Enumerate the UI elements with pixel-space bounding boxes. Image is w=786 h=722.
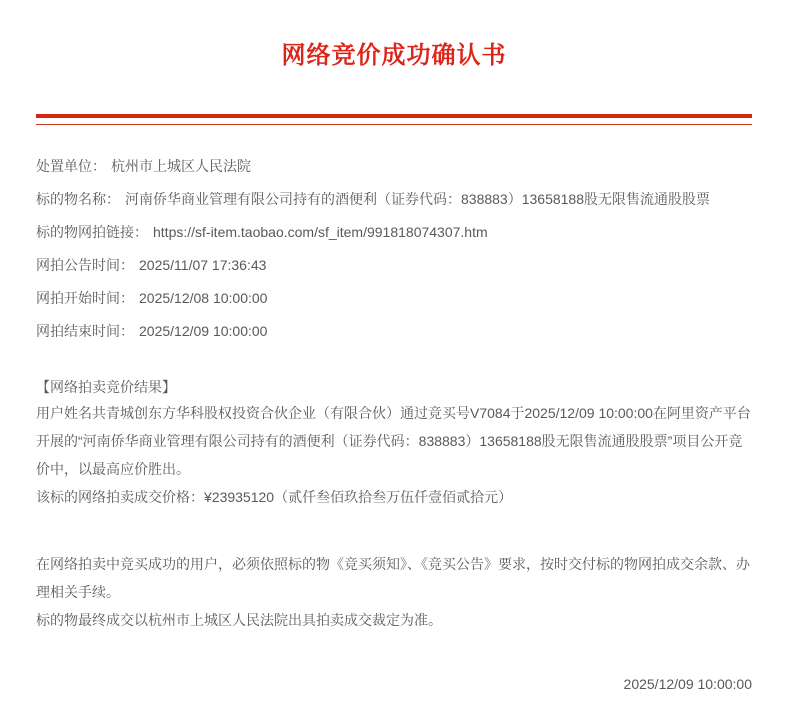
info-value: 2025/11/07 17:36:43 — [139, 257, 266, 273]
info-value: 2025/12/09 10:00:00 — [139, 323, 267, 339]
price-line: 该标的网络拍卖成交价格：¥23935120（贰仟叁佰玖拾叁万伍仟壹佰贰拾元） — [36, 483, 752, 511]
page-title: 网络竞价成功确认书 — [36, 40, 752, 72]
info-label: 网拍公告时间： — [36, 257, 134, 273]
notice-payment: 在网络拍卖中竞买成功的用户，必须依照标的物《竞买须知》、《竞买公告》要求，按时交… — [36, 550, 752, 606]
result-heading: 【网络拍卖竞价结果】 — [36, 377, 752, 397]
info-value: 杭州市上城区人民法院 — [111, 158, 251, 174]
info-line-start-time: 网拍开始时间：2025/12/08 10:00:00 — [36, 288, 752, 308]
result-section: 【网络拍卖竞价结果】 用户姓名共青城创东方华科股权投资合伙企业（有限合伙）通过竞… — [36, 377, 752, 511]
notice-final-ruling: 标的物最终成交以杭州市上城区人民法院出具拍卖成交裁定为准。 — [36, 606, 752, 634]
result-paragraph: 用户姓名共青城创东方华科股权投资合伙企业（有限合伙）通过竞买号V7084于202… — [36, 399, 752, 483]
info-label: 标的物名称： — [36, 191, 120, 207]
notice-section: 在网络拍卖中竞买成功的用户，必须依照标的物《竞买须知》、《竞买公告》要求，按时交… — [36, 550, 752, 634]
info-line-subject-name: 标的物名称：河南侨华商业管理有限公司持有的酒便利（证券代码：838883）136… — [36, 189, 752, 209]
info-label: 网拍结束时间： — [36, 323, 134, 339]
confirmation-document: 网络竞价成功确认书 处置单位：杭州市上城区人民法院 标的物名称：河南侨华商业管理… — [0, 0, 786, 722]
auction-info-section: 处置单位：杭州市上城区人民法院 标的物名称：河南侨华商业管理有限公司持有的酒便利… — [36, 156, 752, 341]
info-label: 处置单位： — [36, 158, 106, 174]
footer-datetime: 2025/12/09 10:00:00 — [36, 674, 752, 694]
info-line-auction-link: 标的物网拍链接：https://sf-item.taobao.com/sf_it… — [36, 222, 752, 242]
divider-thick — [36, 114, 752, 118]
price-in-words: （贰仟叁佰玖拾叁万伍仟壹佰贰拾元） — [274, 489, 512, 505]
auction-url: https://sf-item.taobao.com/sf_item/99181… — [153, 224, 488, 240]
info-label: 网拍开始时间： — [36, 290, 134, 306]
info-label: 标的物网拍链接： — [36, 224, 148, 240]
info-line-end-time: 网拍结束时间：2025/12/09 10:00:00 — [36, 321, 752, 341]
info-value: 河南侨华商业管理有限公司持有的酒便利（证券代码：838883）13658188股… — [125, 191, 710, 207]
price-value: ¥23935120 — [204, 489, 274, 505]
info-line-announce-time: 网拍公告时间：2025/11/07 17:36:43 — [36, 255, 752, 275]
divider-thin — [36, 124, 752, 125]
info-value: 2025/12/08 10:00:00 — [139, 290, 267, 306]
info-line-disposal-unit: 处置单位：杭州市上城区人民法院 — [36, 156, 752, 176]
price-label: 该标的网络拍卖成交价格： — [36, 489, 204, 505]
